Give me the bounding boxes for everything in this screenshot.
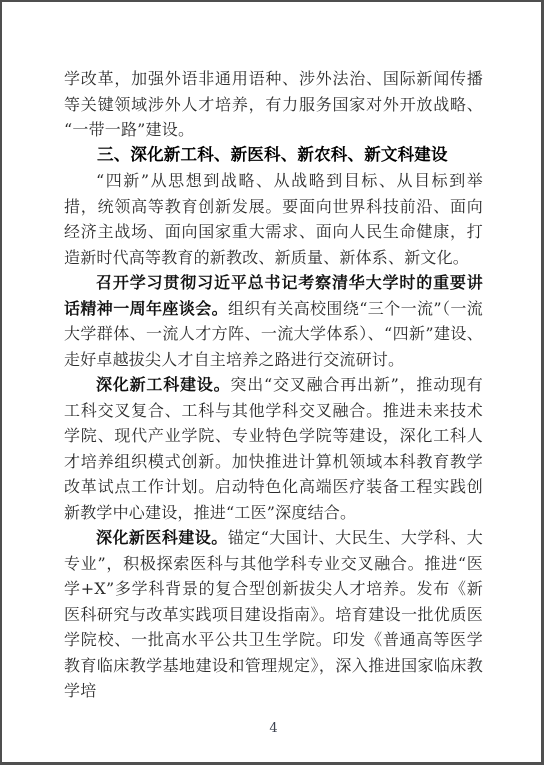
paragraph-new-medicine: 深化新医科建设。锚定“大国计、大民生、大学科、大专业”，积极探索医科与其他学科专… (64, 525, 483, 704)
section-heading: 三、深化新工科、新医科、新农科、新文科建设 (64, 143, 483, 169)
page-content: 学改革，加强外语非通用语种、涉外法治、国际新闻传播等关键领域涉外人才培养，有力服… (64, 2, 483, 737)
paragraph-text: 锚定“大国计、大民生、大学科、大专业”，积极探索医科与其他学科专业交叉融合。推进… (64, 528, 483, 700)
paragraph-lead: 深化新医科建设。 (96, 528, 228, 547)
paragraph-symposium: 召开学习贯彻习近平总书记考察清华大学时的重要讲话精神一周年座谈会。组织有关高校围… (64, 270, 483, 372)
page-number: 4 (64, 721, 483, 737)
paragraph-text: 突出“交叉融合再出新”，推动现有工科交叉复合、工科与其他学科交叉融合。推进未来技… (64, 375, 483, 522)
document-page: 学改革，加强外语非通用语种、涉外法治、国际新闻传播等关键领域涉外人才培养，有力服… (0, 0, 544, 765)
paragraph-lead: 深化新工科建设。 (96, 375, 230, 394)
paragraph-new-engineering: 深化新工科建设。突出“交叉融合再出新”，推动现有工科交叉复合、工科与其他学科交叉… (64, 372, 483, 525)
paragraph-sixin: “四新”从思想到战略、从战略到目标、从目标到举措，统领高等教育创新发展。要面向世… (64, 168, 483, 270)
paragraph-continuation: 学改革，加强外语非通用语种、涉外法治、国际新闻传播等关键领域涉外人才培养，有力服… (64, 66, 483, 143)
